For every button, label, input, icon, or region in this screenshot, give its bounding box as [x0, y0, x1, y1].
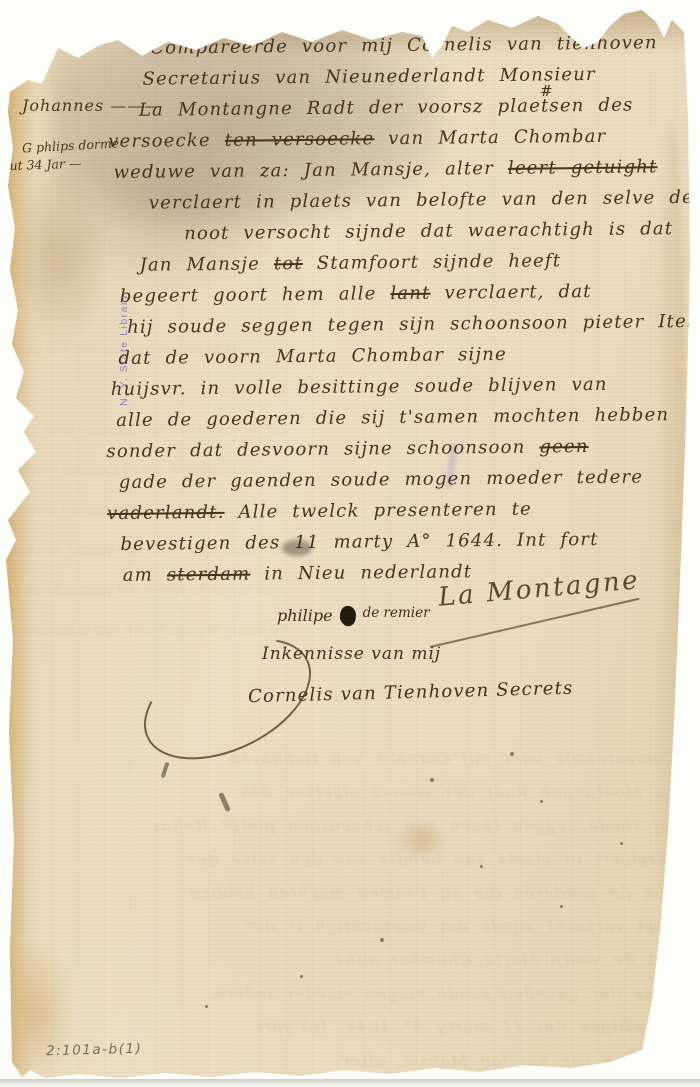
manuscript-line: alle de goederen die sij t'samen mochten…: [116, 399, 698, 436]
line-text: gade der gaenden soude mogen moeder tede…: [119, 466, 644, 492]
line-text: Alle twelck presenteren te: [224, 499, 532, 523]
philip-name: philipe: [277, 606, 333, 625]
bleed-line: Compareerde voor mij Cornelis van tienho…: [28, 742, 676, 776]
ink-speck: [510, 752, 514, 756]
bleed-line: bevestigen des 11 marty A° 1644. Int for…: [28, 1010, 676, 1044]
ink-speck: [430, 778, 434, 782]
line-text: huijsvr. in volle besittinge soude blijv…: [111, 374, 608, 400]
bleed-line: alle de goederen die sij t'samen mochten…: [28, 876, 676, 910]
struck-text: geen: [539, 436, 588, 458]
ink-speck: [205, 1005, 208, 1008]
line-text: alle de goederen die sij t'samen mochten…: [116, 404, 669, 431]
philip-mark-line: philipede remier: [277, 606, 430, 625]
struck-text: ten versoecke: [225, 128, 375, 151]
bleed-line: noot versocht sijnde dat waerachtigh is …: [28, 910, 676, 944]
catalog-number: 2:101a-b(1): [46, 1041, 143, 1060]
line-text: La Montangne Radt der voorsz plaetsen de…: [139, 95, 634, 121]
line-text: dat de voorn Marta Chombar sijne: [118, 344, 507, 369]
manuscript-line: gade der gaenden soude mogen moeder tede…: [119, 461, 699, 498]
manuscript-line: hij soude seggen tegen sijn schoonsoon p…: [127, 306, 697, 343]
line-text: noot versocht sijnde dat waerachtigh is …: [184, 218, 673, 244]
struck-text: tot: [274, 253, 303, 274]
manuscript-line: Compareerde voor mij Cornelis van tienho…: [150, 27, 694, 64]
verso-bleedthrough-lower: Compareerde voor mij Cornelis van tienho…: [28, 742, 676, 1077]
line-text: verclaert, dat: [430, 281, 591, 304]
line-text: bevestigen des 11 marty A° 1644. Int for…: [120, 529, 598, 555]
line-text: versoecke: [108, 130, 225, 152]
line-text: van Marta Chombar: [374, 126, 606, 149]
line-text: weduwe van za: Jan Mansje, alter: [113, 158, 508, 183]
manuscript-text-block: Compareerde voor mij Cornelis van tienho…: [102, 27, 700, 591]
line-text: begeert goort hem alle: [120, 283, 391, 307]
philip-mark-blot: [338, 605, 356, 626]
ink-speck: [540, 800, 543, 803]
line-text: am: [123, 564, 167, 585]
manuscript-paper: verclaert in plaets van belofte van den …: [0, 0, 700, 1087]
line-text: Secretarius van Nieunederlandt Monsieur: [142, 64, 595, 90]
bleed-line: La Montangne Radt der voorsz plaetsen de…: [28, 776, 676, 810]
bleed-line: hij soude seggen tegen sijn schoonsoon p…: [28, 809, 676, 843]
scan-edge-shadow: [0, 1079, 700, 1087]
ink-speck: [480, 865, 483, 868]
ink-speck: [620, 842, 623, 845]
bleed-line: dat de voorn Marta Chombar sijne: [28, 943, 676, 977]
philip-mark-label: de remier: [363, 605, 430, 621]
struck-text: leert getuight: [508, 156, 658, 179]
line-text: verclaert in plaets van belofte van den …: [149, 187, 700, 214]
line-text: in Nieu nederlandt: [250, 561, 472, 584]
struck-text: lant: [390, 283, 430, 304]
ink-speck: [560, 905, 563, 908]
line-text: hij soude seggen tegen sijn schoonsoon p…: [127, 311, 700, 338]
manuscript-scan: verclaert in plaets van belofte van den …: [0, 0, 700, 1087]
stain-left-drip: [12, 170, 107, 340]
bleed-line: verclaert in plaets van belofte van den …: [28, 843, 676, 877]
struck-text: sterdam: [167, 564, 251, 586]
ink-speck: [380, 938, 384, 942]
line-text: sonder dat desvoorn sijne schoonsoon: [106, 437, 539, 463]
bleed-line: gade der gaenden soude mogen moeder tede…: [28, 977, 676, 1011]
ink-speck: [300, 975, 303, 978]
manuscript-line: noot versocht sijnde dat waerachtigh is …: [184, 213, 696, 249]
line-text: Jan Mansje: [139, 253, 274, 275]
line-text: Compareerde voor mij Cornelis van tienho…: [150, 32, 658, 58]
margin-note-age: out 34 Jar —: [2, 156, 82, 174]
manuscript-line: La Montangne Radt der voorsz plaetsen de…: [139, 89, 695, 126]
line-text: Stamfoort sijnde heeft: [303, 250, 562, 274]
struck-text: vaderlandt.: [107, 502, 225, 524]
